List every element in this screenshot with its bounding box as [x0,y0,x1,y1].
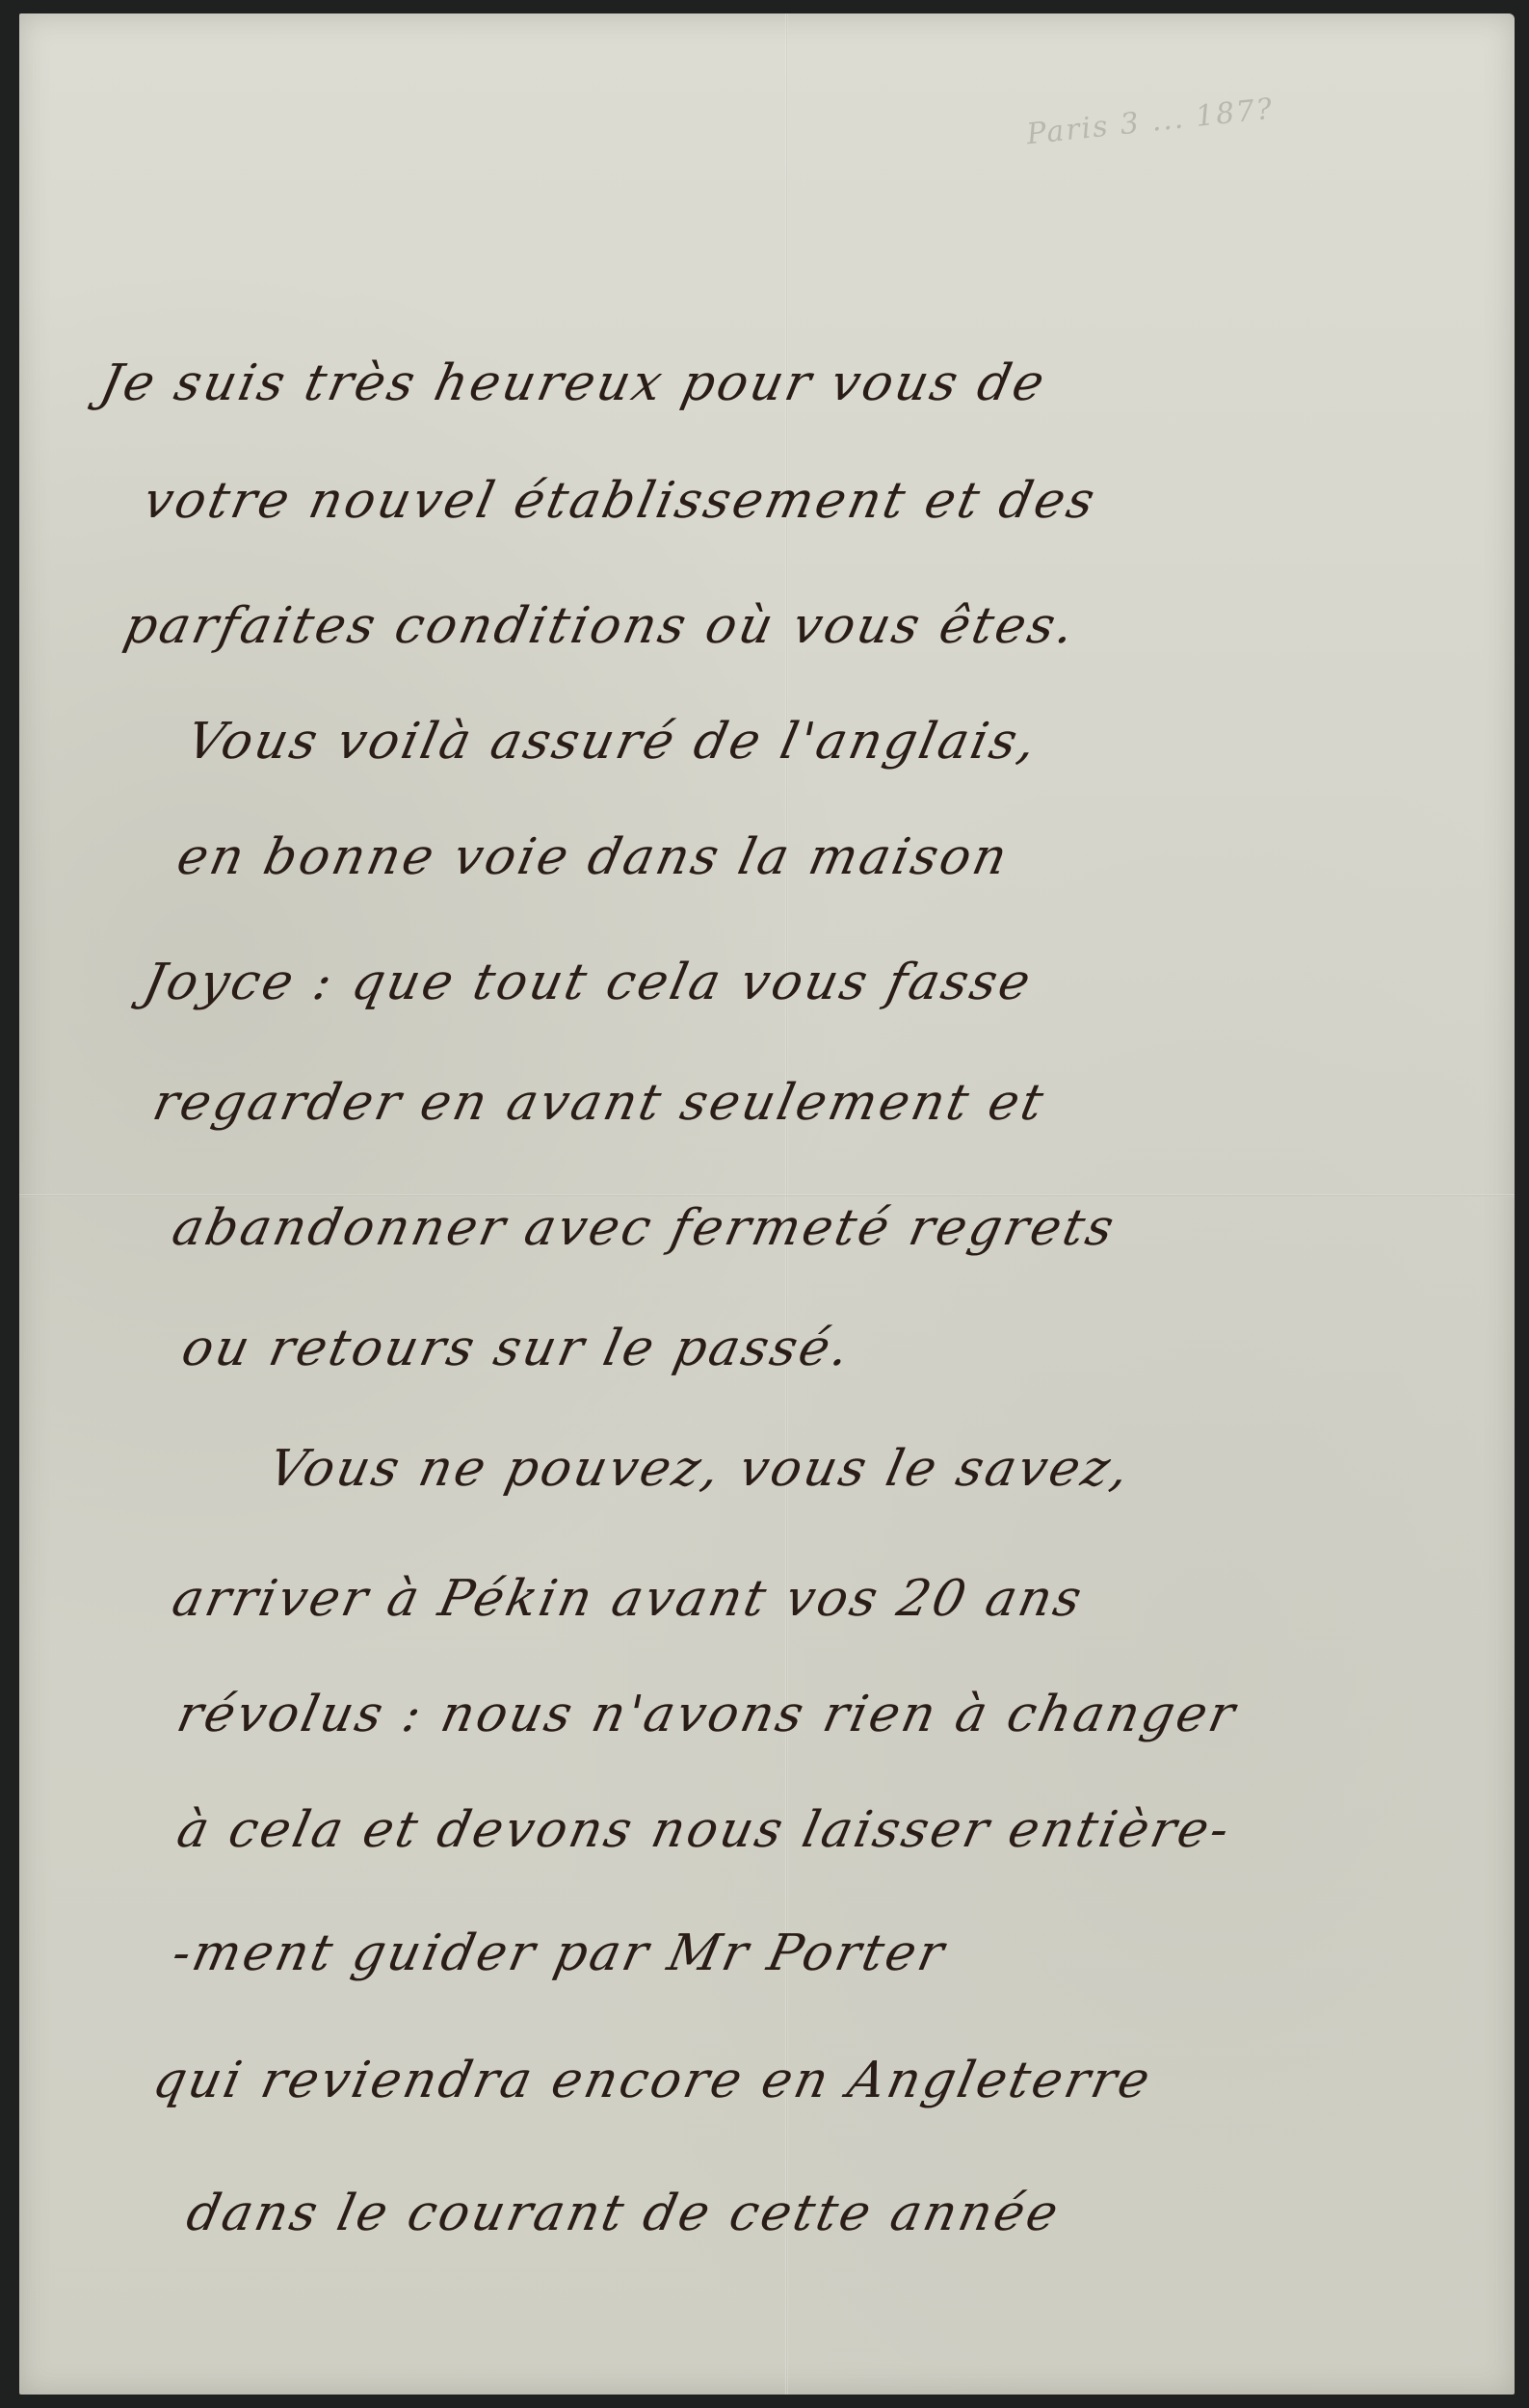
letter-line: arriver à Pékin avant vos 20 ans [168,1570,1090,1628]
letter-line: Vous ne pouvez, vous le savez, [264,1440,1137,1498]
letter-line: -ment guider par Mr Porter [168,1924,952,1982]
letter-line: révolus : nous n'avons rien à changer [172,1686,1243,1743]
letter-line: ou retours sur le passé. [177,1320,857,1377]
letter-line: Je suis très heureux pour vous de [95,354,1052,412]
letter-body: Je suis très heureux pour vous de votre … [0,0,1529,2408]
letter-line: Vous voilà assuré de l'anglais, [182,713,1044,771]
letter-line: parfaites conditions où vous êtes. [119,597,1082,655]
letter-line: à cela et devons nous laisser entière- [172,1801,1237,1859]
letter-line: en bonne voie dans la maison [172,828,1015,886]
letter-line: qui reviendra encore en Angleterre [148,2052,1158,2109]
letter-line: regarder en avant seulement et [148,1074,1051,1132]
letter-line: Joyce : que tout cela vous fasse [139,954,1039,1011]
letter-line: dans le courant de cette année [182,2185,1066,2242]
letter-line: votre nouvel établissement et des [139,472,1102,530]
letter-photograph: Paris 3 ... 187? Je suis très heureux po… [0,0,1529,2408]
letter-line: abandonner avec fermeté regrets [168,1199,1121,1257]
